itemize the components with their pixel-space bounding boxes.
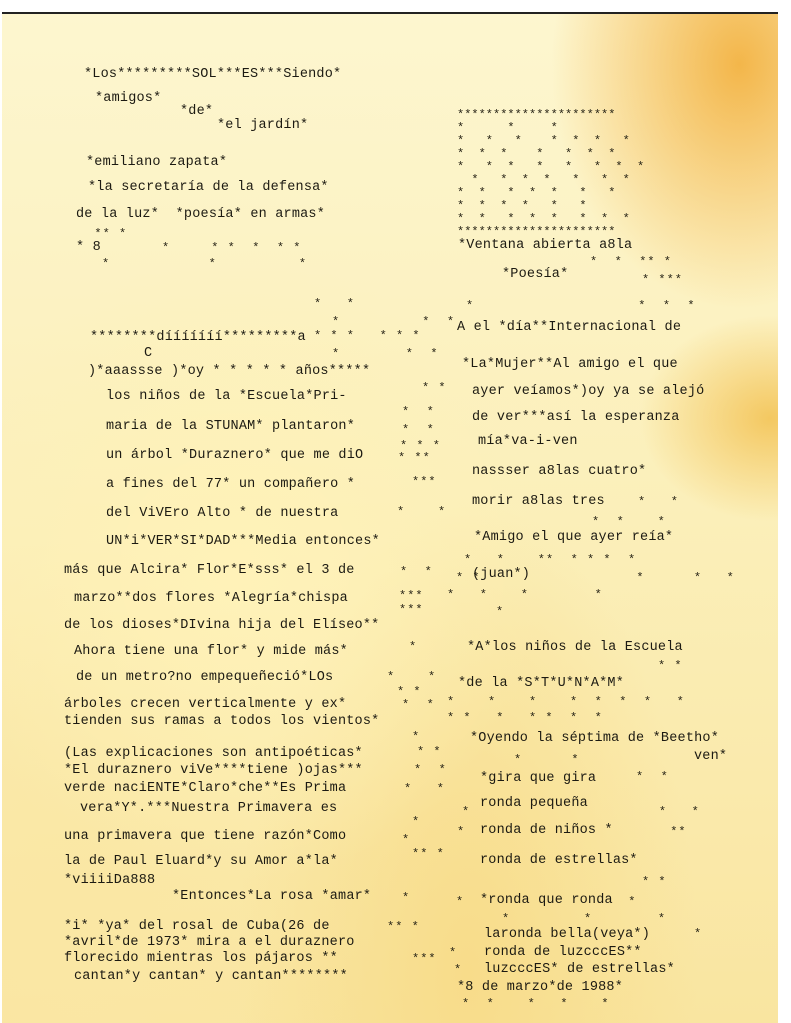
star-scatter: *	[694, 926, 702, 942]
poem-line: una primavera que tiene razón*Como	[64, 829, 346, 845]
poem-line: cantan*y cantan* y cantan********	[74, 969, 348, 985]
poem-line: nassser a8las cuatro*	[472, 464, 646, 480]
poem-line: )*aaassse )*oy * * * * * años*****	[88, 364, 370, 380]
poem-line: maria de la STUNAM* plantaron*	[106, 419, 355, 435]
poem-line: luzcccES* de estrellas*	[484, 962, 675, 978]
poem-line: *Oyendo la séptima de *Beetho*	[470, 731, 719, 747]
star-scatter: * ***	[642, 272, 683, 288]
star-scatter: * *	[422, 380, 447, 396]
star-scatter: * * * * * * * *	[447, 694, 685, 710]
star-scatter: * * * *	[447, 587, 603, 603]
poem-line: un árbol *Duraznero* que me diO	[106, 448, 363, 464]
poem-line: de un metro?no empequeñeció*LOs	[76, 670, 333, 686]
scanned-page: *Los*********SOL***ES***Siendo* *amigos*…	[2, 12, 778, 1023]
star-scatter: *	[412, 814, 420, 830]
star-scatter: *	[449, 945, 457, 961]
star-scatter: * *	[402, 697, 435, 713]
star-scatter: * * *	[462, 804, 700, 820]
poem-line: de ver***así la esperanza	[472, 410, 680, 426]
star-scatter: * * ** *	[590, 254, 672, 270]
star-scatter: * *	[387, 669, 436, 685]
star-grid-box: ********************** * * * * * * * * *…	[457, 109, 667, 227]
star-scatter: * * *	[102, 256, 307, 272]
poem-line: del ViVEro Alto * de nuestra	[106, 506, 338, 522]
poem-line: Ahora tiene una flor* y mide más*	[74, 644, 348, 660]
poem-line: ********dííííííí*********a	[90, 330, 306, 346]
star-scatter: *	[409, 639, 417, 655]
star-scatter: * *	[636, 769, 669, 785]
star-scatter: * *	[402, 422, 435, 438]
star-scatter: *	[402, 890, 410, 906]
star-scatter: * *	[397, 504, 446, 520]
poem-line: *Amigo el que ayer reía*	[474, 530, 673, 546]
star-scatter: * *	[400, 564, 433, 580]
poem-line: laronda bella(veya*)	[484, 927, 650, 943]
poem-line: los niños de la *Escuela*Pri-	[106, 389, 347, 405]
poem-line: *8 de marzo*de 1988*	[457, 980, 623, 996]
star-scatter: * **	[457, 824, 687, 840]
poem-line: A el *día**Internacional de	[457, 320, 681, 336]
star-scatter: * *	[658, 658, 683, 674]
poem-line: *amigos*	[95, 91, 161, 107]
poem-line: ronda de luzcccES**	[484, 945, 642, 961]
star-scatter: * *	[314, 296, 355, 312]
star-scatter: * *	[642, 874, 667, 890]
star-scatter: * * * * * *	[314, 328, 421, 344]
poem-line: *A*los niños de la Escuela	[467, 640, 683, 656]
poem-line: tienden sus ramas a todos los vientos*	[64, 714, 379, 730]
poem-line: *de la *S*T*U*N*A*M*	[458, 676, 624, 692]
poem-line: *el jardín*	[217, 118, 308, 134]
poem-line: *de*	[180, 104, 213, 120]
star-scatter: *	[412, 729, 420, 745]
poem-line: *Ventana abierta a8la	[458, 238, 632, 254]
poem-line: *viiiiDa888	[64, 873, 155, 889]
poem-line: verde naciENTE*Claro*che**Es Prima	[64, 781, 346, 797]
star-scatter: ***	[412, 951, 437, 967]
star-scatter: *	[402, 832, 410, 848]
poem-line: UN*i*VER*SI*DAD***Media entonces*	[106, 534, 380, 550]
star-scatter: * * *	[332, 346, 439, 362]
star-scatter: * *	[417, 744, 442, 760]
star-scatter: * * * * *	[456, 570, 735, 586]
star-scatter: * *	[404, 781, 445, 797]
star-scatter: *	[454, 962, 462, 978]
star-scatter: * *	[414, 762, 447, 778]
star-scatter: * * * *	[466, 298, 696, 314]
star-scatter: * * ** * * * *	[464, 552, 636, 568]
star-scatter: * * * * * * *	[447, 710, 603, 726]
poem-line: *emiliano zapata*	[86, 155, 227, 171]
poem-line: *gira que gira	[480, 771, 596, 787]
star-scatter: * * *	[502, 911, 666, 927]
poem-line: más que Alcira* Flor*E*sss* el 3 de	[64, 563, 355, 579]
star-scatter: * *	[514, 752, 580, 768]
poem-line: *Entonces*La rosa *amar*	[172, 889, 371, 905]
poem-line: ayer veíamos*)oy ya se alejó	[472, 384, 704, 400]
poem-line: (Las explicaciones son antipoéticas*	[64, 746, 363, 762]
poem-line: ronda de estrellas*	[480, 853, 638, 869]
star-scatter: * *	[638, 494, 679, 510]
star-scatter: ** *	[412, 846, 445, 862]
star-scatter: *	[496, 604, 504, 620]
poem-line: C	[144, 346, 152, 362]
poem-line: de los dioses*DIvina hija del Elíseo**	[64, 618, 379, 634]
poem-line: florecido mientras los pájaros **	[64, 951, 338, 967]
star-scatter: * * *	[592, 514, 666, 530]
star-scatter: * *	[402, 404, 435, 420]
star-scatter: * * * * * *	[162, 240, 301, 256]
poem-line: ven*	[694, 749, 727, 765]
poem-line: *El duraznero viVe****tiene )ojas***	[64, 763, 363, 779]
poem-line: *la secretaría de la defensa*	[88, 180, 329, 196]
star-scatter: ***	[399, 602, 424, 618]
star-scatter: ***	[412, 474, 437, 490]
poem-line: morir a8las tres	[472, 494, 605, 510]
poem-line: vera*Y*.***Nuestra Primavera es	[80, 801, 337, 817]
poem-line: *La*Mujer**Al amigo el que	[462, 357, 678, 373]
poem-line: árboles crecen verticalmente y ex*	[64, 697, 346, 713]
poem-line: de la luz* *poesía* en armas*	[76, 207, 325, 223]
star-scatter: * *	[456, 894, 636, 910]
poem-line: la de Paul Eluard*y su Amor a*la*	[64, 854, 338, 870]
poem-line: * 8	[76, 240, 101, 256]
star-scatter: * * * * *	[462, 996, 610, 1012]
poem-line: *i* *ya* del rosal de Cuba(26 de	[64, 919, 330, 935]
title-line: *Los*********SOL***ES***Siendo*	[84, 67, 341, 83]
poem-line: a fines del 77* un compañero *	[106, 477, 355, 493]
star-scatter: ** *	[387, 919, 420, 935]
poem-line: *avril*de 1973* mira a el duraznero	[64, 935, 355, 951]
poem-line: *Poesía*	[502, 267, 568, 283]
poem-line: mía*va-i-ven	[478, 434, 578, 450]
star-scatter: * **	[398, 450, 431, 466]
poem-line: marzo**dos flores *Alegría*chispa	[74, 591, 348, 607]
